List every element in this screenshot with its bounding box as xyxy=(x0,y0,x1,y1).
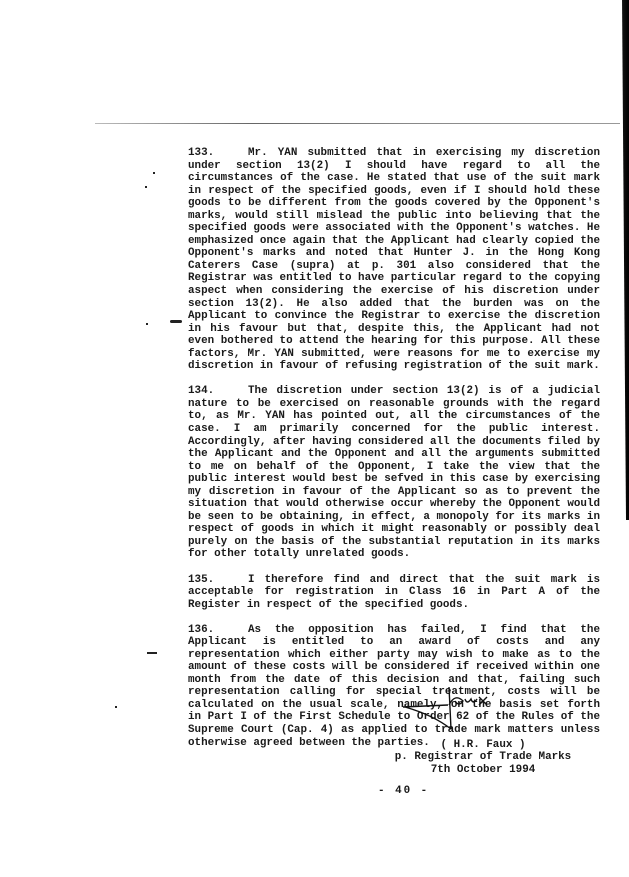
paragraph-135: 135.I therefore find and direct that the… xyxy=(188,574,600,612)
margin-speck xyxy=(145,186,147,188)
paragraph-number: 136. xyxy=(188,624,248,637)
header-rule xyxy=(95,123,620,124)
paragraph-134: 134.The discretion under section 13(2) i… xyxy=(188,385,600,561)
paragraph-133: 133.Mr. YAN submitted that in exercising… xyxy=(188,147,600,373)
margin-speck xyxy=(146,323,148,325)
decision-date: 7th October 1994 xyxy=(383,764,583,776)
paragraph-text: The discretion under section 13(2) is of… xyxy=(188,385,600,560)
page-number: - 40 - xyxy=(378,785,429,797)
signature-block: ( H.R. Faux ) p. Registrar of Trade Mark… xyxy=(383,685,583,776)
decision-body: 133.Mr. YAN submitted that in exercising… xyxy=(188,147,600,762)
paragraph-text: Mr. YAN submitted that in exercising my … xyxy=(188,147,600,372)
signatory-title: p. Registrar of Trade Marks xyxy=(383,751,583,763)
margin-speck xyxy=(153,172,155,174)
margin-dash xyxy=(147,652,157,654)
paragraph-text: I therefore find and direct that the sui… xyxy=(188,574,600,611)
paragraph-number: 134. xyxy=(188,385,248,398)
paragraph-number: 135. xyxy=(188,574,248,587)
paragraph-number: 133. xyxy=(188,147,248,160)
margin-speck xyxy=(115,706,117,708)
signatory-name: ( H.R. Faux ) xyxy=(383,739,583,751)
scan-edge-shadow xyxy=(619,0,629,520)
margin-arrow-mark xyxy=(170,320,182,323)
handwritten-signature-icon xyxy=(393,685,513,735)
